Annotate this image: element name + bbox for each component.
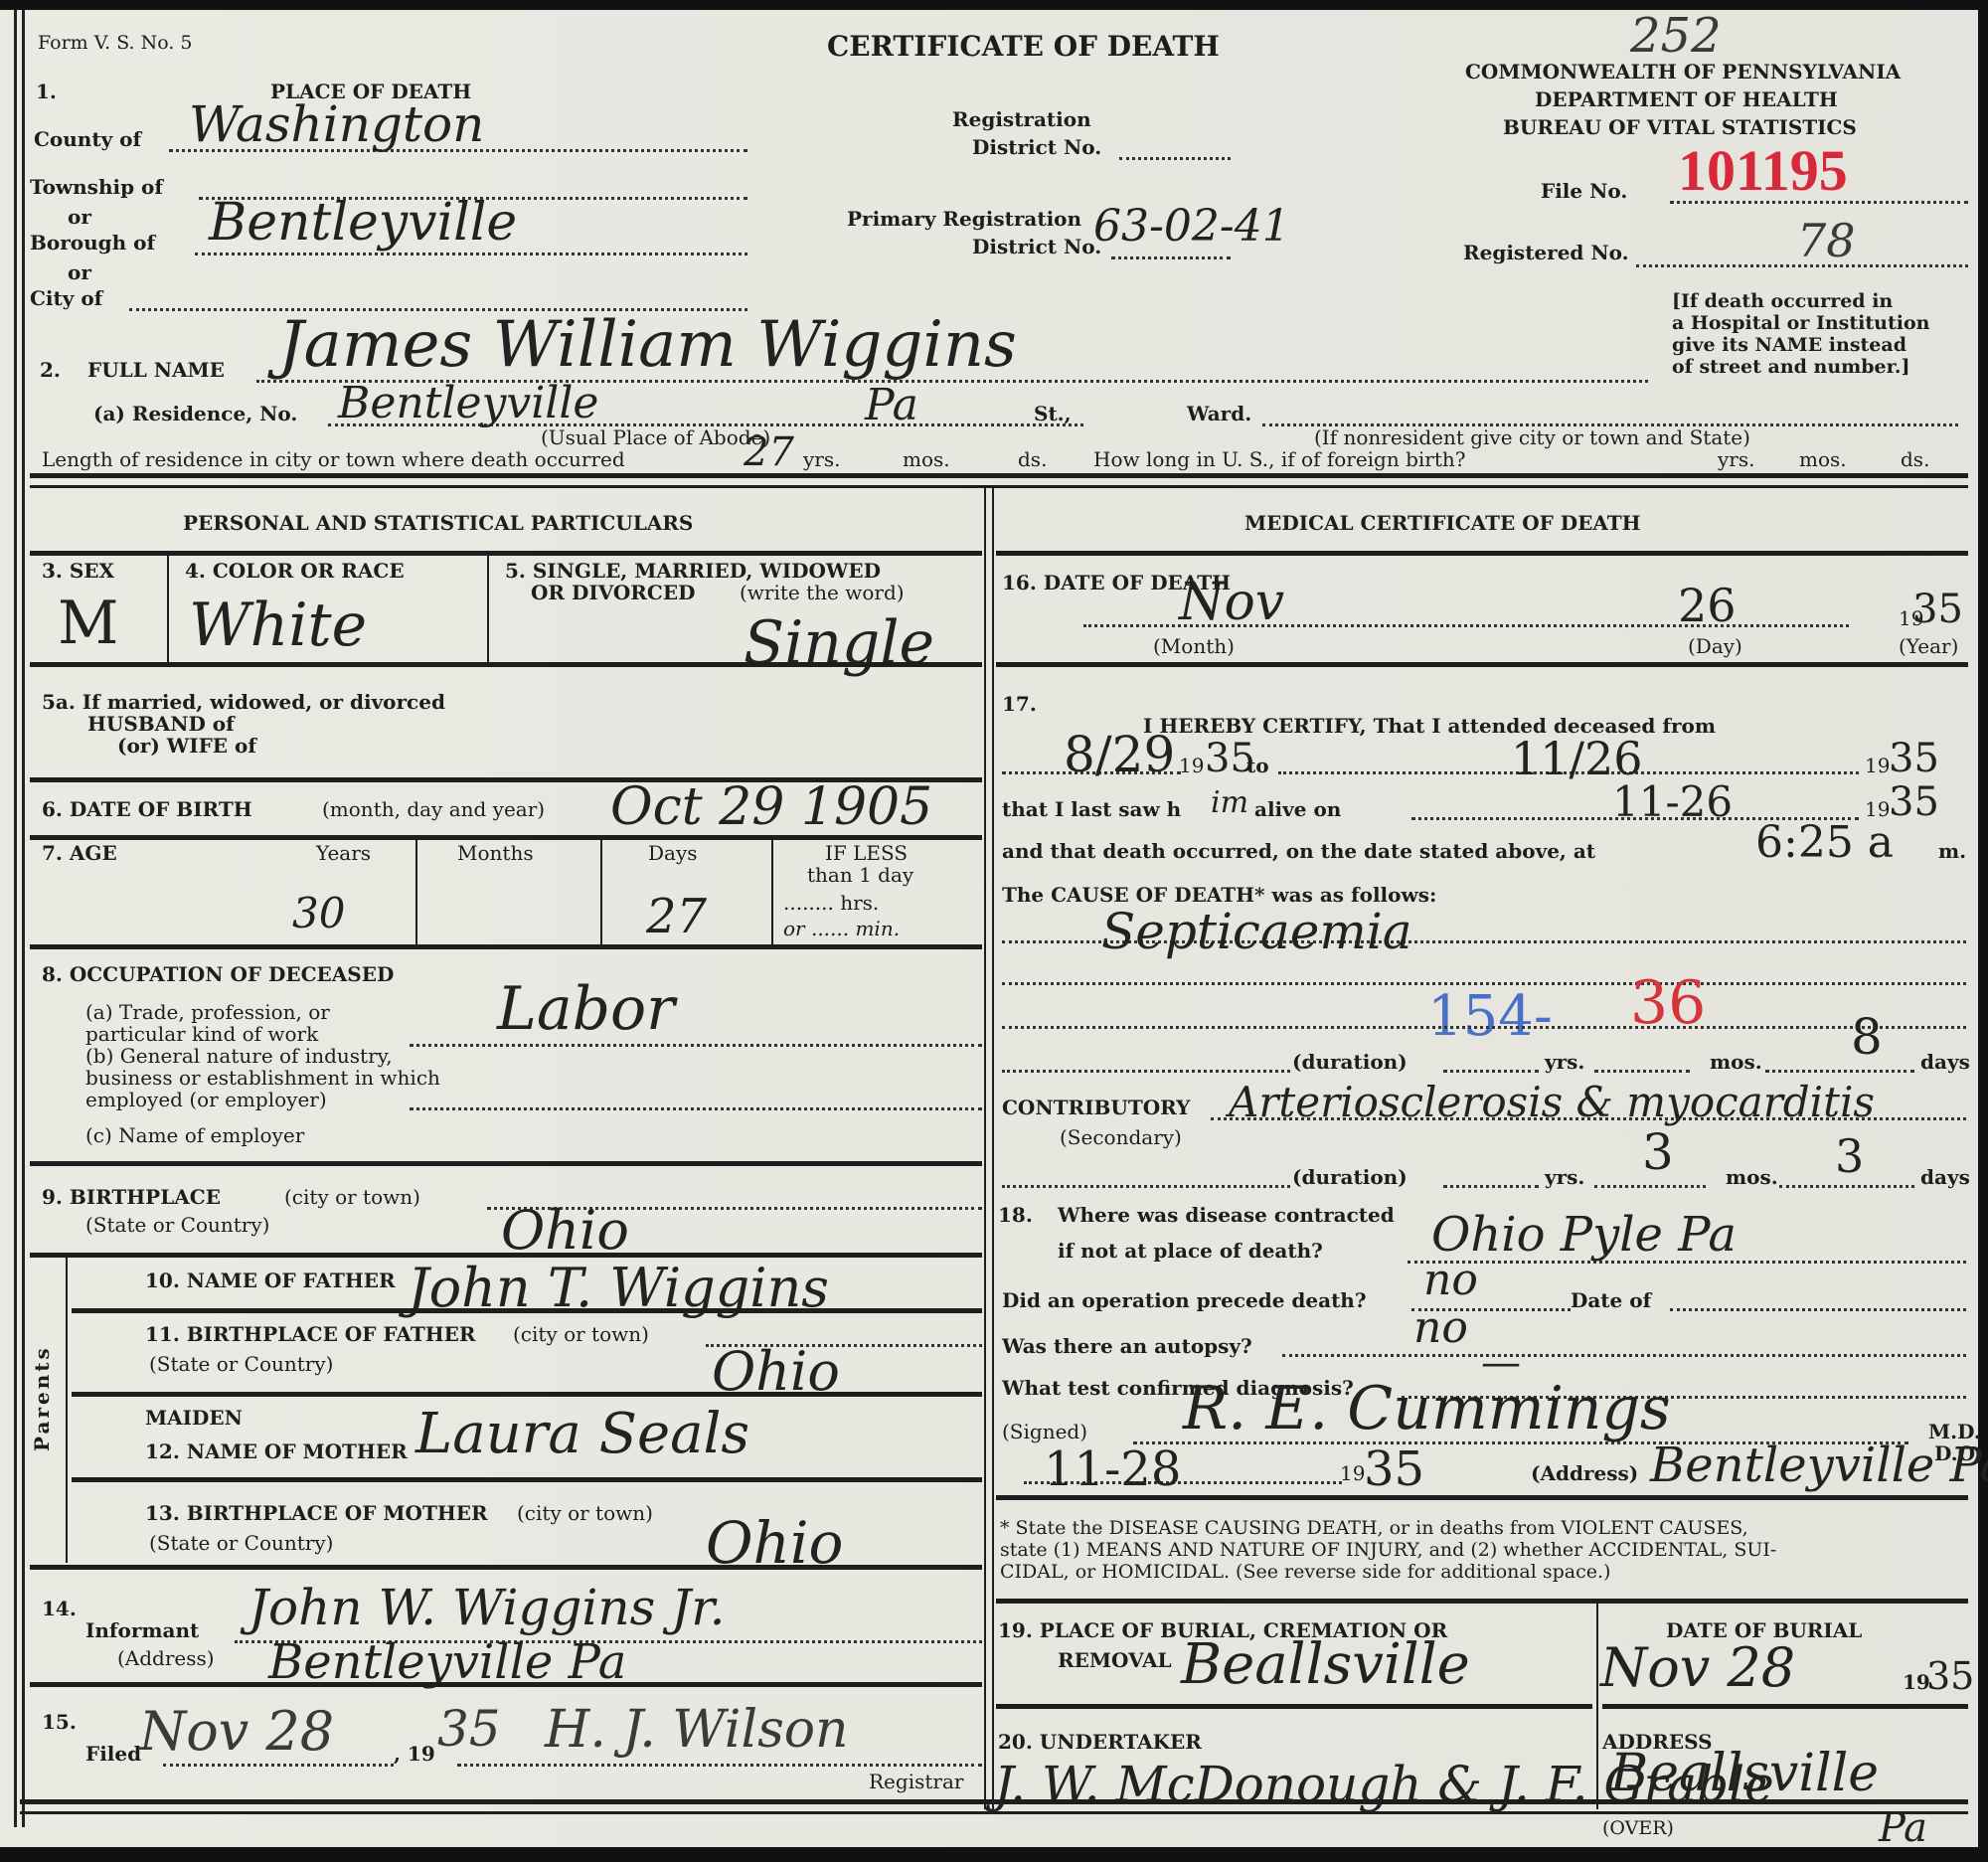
- sex-value[interactable]: M: [58, 589, 118, 658]
- informant-value[interactable]: John W. Wiggins Jr.: [248, 1579, 726, 1636]
- primary-registration-district: 63-02-41: [1093, 201, 1290, 252]
- parents-label: Parents: [30, 1345, 54, 1451]
- footnote-line-1: * State the DISEASE CAUSING DEATH, or in…: [1000, 1517, 1748, 1539]
- residence-state[interactable]: Pa: [865, 380, 918, 430]
- left-border: [14, 10, 17, 1827]
- physician-signature[interactable]: R. E. Cummings: [1183, 1374, 1671, 1443]
- signed-date-value[interactable]: 11-28: [1044, 1441, 1181, 1497]
- signed-year-value[interactable]: 35: [1364, 1441, 1424, 1497]
- race-value[interactable]: White: [189, 591, 367, 660]
- primary-registration-label-1: Primary Registration: [847, 207, 1081, 231]
- autopsy-value[interactable]: no: [1413, 1302, 1468, 1353]
- date-of-death-day[interactable]: 26: [1678, 579, 1737, 632]
- footnote-line-3: CIDAL, or HOMICIDAL. (See reverse side f…: [1000, 1561, 1610, 1583]
- hospital-note-2: a Hospital or Institution: [1672, 312, 1929, 334]
- file-no-stamp: 101195: [1678, 137, 1848, 204]
- occupation-value[interactable]: Labor: [497, 974, 675, 1044]
- left-border-inner: [22, 10, 25, 1827]
- time-of-death-value[interactable]: 6:25 a: [1755, 817, 1894, 868]
- physician-address-value[interactable]: Bentleyville Pa: [1650, 1438, 1988, 1493]
- registered-no-label: Registered No.: [1463, 241, 1629, 264]
- primary-registration-label-2: District No.: [972, 235, 1101, 258]
- agency-line-2: DEPARTMENT OF HEALTH: [1535, 87, 1838, 111]
- age-days-value[interactable]: 27: [646, 889, 707, 944]
- burial-place-value[interactable]: Beallsville: [1181, 1632, 1470, 1697]
- last-saw-date-value[interactable]: 11-26: [1612, 777, 1733, 826]
- registrar-signature[interactable]: H. J. Wilson: [545, 1700, 849, 1760]
- over-label: (OVER): [1602, 1817, 1674, 1839]
- filed-date-value[interactable]: Nov 28: [139, 1700, 334, 1763]
- age-years-value[interactable]: 30: [292, 889, 345, 937]
- hospital-note-3: give its NAME instead: [1672, 334, 1906, 356]
- contributory-duration-mos[interactable]: 3: [1835, 1129, 1864, 1183]
- burial-year-value[interactable]: 35: [1926, 1654, 1974, 1698]
- cause-of-death-value[interactable]: Septicaemia: [1101, 903, 1412, 960]
- marital-status-value[interactable]: Single: [744, 608, 934, 678]
- personal-heading: PERSONAL AND STATISTICAL PARTICULARS: [183, 511, 693, 535]
- classification-code-blue: 154-: [1427, 984, 1553, 1049]
- mother-name-value[interactable]: Laura Seals: [415, 1402, 749, 1466]
- undertaker-address-value[interactable]: Beallsville: [1610, 1744, 1879, 1803]
- burial-date-value[interactable]: Nov 28: [1600, 1636, 1795, 1699]
- agency-line-1: COMMONWEALTH OF PENNSYLVANIA: [1465, 60, 1901, 84]
- cause-duration-days[interactable]: 8: [1851, 1008, 1883, 1066]
- death-certificate: Form V. S. No. 5 CERTIFICATE OF DEATH 25…: [0, 10, 1978, 1847]
- agency-line-3: BUREAU OF VITAL STATISTICS: [1503, 115, 1857, 139]
- residence-length-years[interactable]: 27: [744, 429, 794, 475]
- full-name-value[interactable]: James William Wiggins: [278, 308, 1017, 382]
- page-title: CERTIFICATE OF DEATH: [827, 30, 1220, 63]
- hospital-note-1: [If death occurred in: [1672, 290, 1893, 312]
- registration-district-label-1: Registration: [952, 107, 1091, 131]
- registered-no: 78: [1797, 214, 1856, 267]
- filed-year-value[interactable]: 35: [437, 1700, 501, 1758]
- contributory-cause-value[interactable]: Arteriosclerosis & myocarditis: [1229, 1078, 1875, 1126]
- medical-heading: MEDICAL CERTIFICATE OF DEATH: [1244, 511, 1641, 535]
- attended-from-value[interactable]: 8/29: [1064, 726, 1175, 783]
- form-number: Form V. S. No. 5: [38, 32, 193, 54]
- footnote-line-2: state (1) MEANS AND NATURE OF INJURY, an…: [1000, 1539, 1776, 1561]
- borough-value[interactable]: Bentleyville: [209, 193, 517, 253]
- contributory-duration-yrs[interactable]: 3: [1642, 1123, 1674, 1181]
- page-number-handwritten: 252: [1630, 8, 1722, 64]
- date-of-death-year[interactable]: 35: [1912, 587, 1963, 632]
- registration-district-label-2: District No.: [972, 135, 1101, 159]
- date-of-birth-value[interactable]: Oct 29 1905: [610, 777, 932, 837]
- date-of-death-month[interactable]: Nov: [1179, 573, 1284, 632]
- hospital-note-4: of street and number.]: [1672, 356, 1910, 378]
- file-no-label: File No.: [1541, 179, 1627, 203]
- operation-value[interactable]: no: [1423, 1255, 1478, 1305]
- county-value[interactable]: Washington: [189, 95, 484, 153]
- residence-value[interactable]: Bentleyville: [338, 378, 598, 428]
